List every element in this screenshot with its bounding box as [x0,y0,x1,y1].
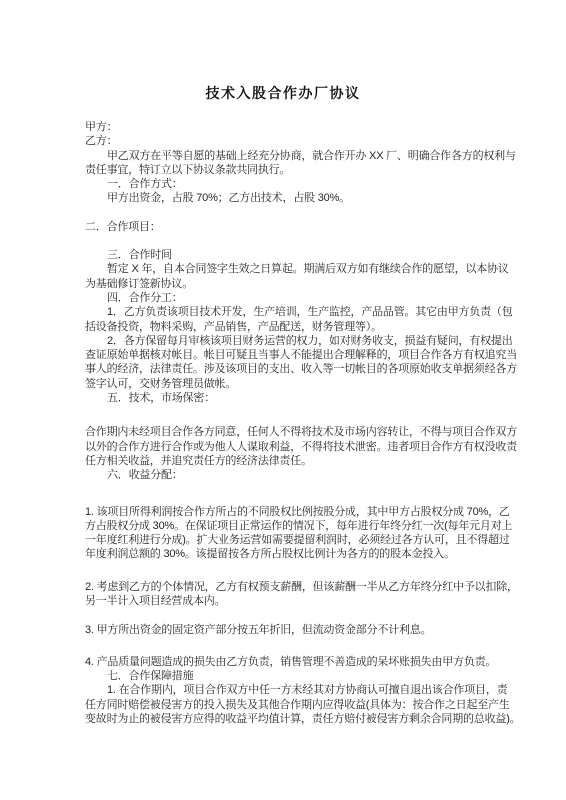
document-line: 查证原始单据核对帐目。帐目可疑且当事人不能提出合理解释的，项目合作各方有权追究当 [85,348,562,362]
document-line: 括设备投资，物料采购，产品销售，产品配送，财务管理等）。 [85,320,562,334]
document-line: 三．合作时间 [85,248,562,262]
document-line: 一．合作方式： [85,177,562,191]
document-line: 合作期内未经项目合作各方同意，任何人不得将技术及市场内容转让，不得与项目合作双方 [85,425,562,439]
document-title: 技术入股合作办厂协议 [0,0,566,102]
document-line: 一年度红利进行分成)。扩大业务运营如需要提留利润时，必须经过各方认可，且不得超过 [85,533,562,547]
document-body: 甲方：乙方：甲乙双方在平等自愿的基础上经充分协商，就合作开办 XX 厂、明确合作… [0,120,566,726]
document-line: 暂定 X 年，自本合同签字生效之日算起。期满后双方如有继续合作的愿望，以本协议 [85,262,562,276]
document-line: 4. 产品质量问题造成的损失由乙方负责，销售管理不善造成的呆坏账损失由甲方负责。 [85,655,562,669]
document-line: 事人的经济，法律责任。涉及该项目的支出、收入等一切帐目的各项原始收支单据须经各方 [85,362,562,376]
document-line: 1. 在合作期内，项目合作双方中任一方未经其对方协商认可擅自退出该合作项目，责 [85,683,562,697]
document-line: 任方同时赔偿被侵害方的投入损失及其他合作期内应得收益(具体为：按合作之日起至产生 [85,698,562,712]
document-line: 1．乙方负责该项目技术开发，生产培训，生产监控，产品品管。其它由甲方负责（包 [85,305,562,319]
document-line: 任方相关收益，并追究责任方的经济法律责任。 [85,454,562,468]
document-line: 二．合作项目： [85,220,562,234]
document-line: 2. 考虑到乙方的个体情况，乙方有权预支薪酬，但该薪酬一半从乙方年终分红中予以扣… [85,580,562,594]
document-line: 五．技术，市场保密： [85,391,562,405]
document-line: 乙方： [85,134,562,148]
document-line: 七．合作保障措施 [85,669,562,683]
document-page: 技术入股合作办厂协议 甲方：乙方：甲乙双方在平等自愿的基础上经充分协商，就合作开… [0,0,566,800]
document-line: 变故时为止的被侵害方应得的收益平均值计算，责任方赔付被侵害方剩余合同期的总收益)… [85,712,562,726]
document-line: 六．收益分配： [85,468,562,482]
document-line: 甲乙双方在平等自愿的基础上经充分协商，就合作开办 XX 厂、明确合作各方的权利与 [85,149,562,163]
document-line: 签字认可，交财务管理员做帐。 [85,377,562,391]
document-line: 甲方： [85,120,562,134]
document-line: 2．各方保留每月审核该项目财务运营的权力，如对财务收支，损益有疑问，有权提出 [85,334,562,348]
document-line: 为基础修订签新协议。 [85,277,562,291]
document-line: 甲方出资金，占股 70%；乙方出技术，占股 30%。 [85,191,562,205]
document-line: 以外的合作方进行合作或为他人人谋取利益，不得将技术泄密。违者项目合作方有权没收责 [85,440,562,454]
document-line: 1. 该项目所得利润按合作方所占的不同股权比例按股分成，其中甲方占股权分成 70… [85,505,562,519]
document-line: 年度利润总额的 30%。该提留按各方所占股权比例计为各方的的股本金投入。 [85,547,562,561]
document-line: 责任事宜，特订立以下协议条款共同执行。 [85,163,562,177]
document-line: 四．合作分工： [85,291,562,305]
document-line: 另一半计入项目经营成本内。 [85,594,562,608]
document-line: 3. 甲方所出资金的固定资产部分按五年折旧，但流动资金部分不计利息。 [85,623,562,637]
document-line: 方占股权分成 30%。在保证项目正常运作的情况下，每年进行年终分红一次(每年元月… [85,519,562,533]
